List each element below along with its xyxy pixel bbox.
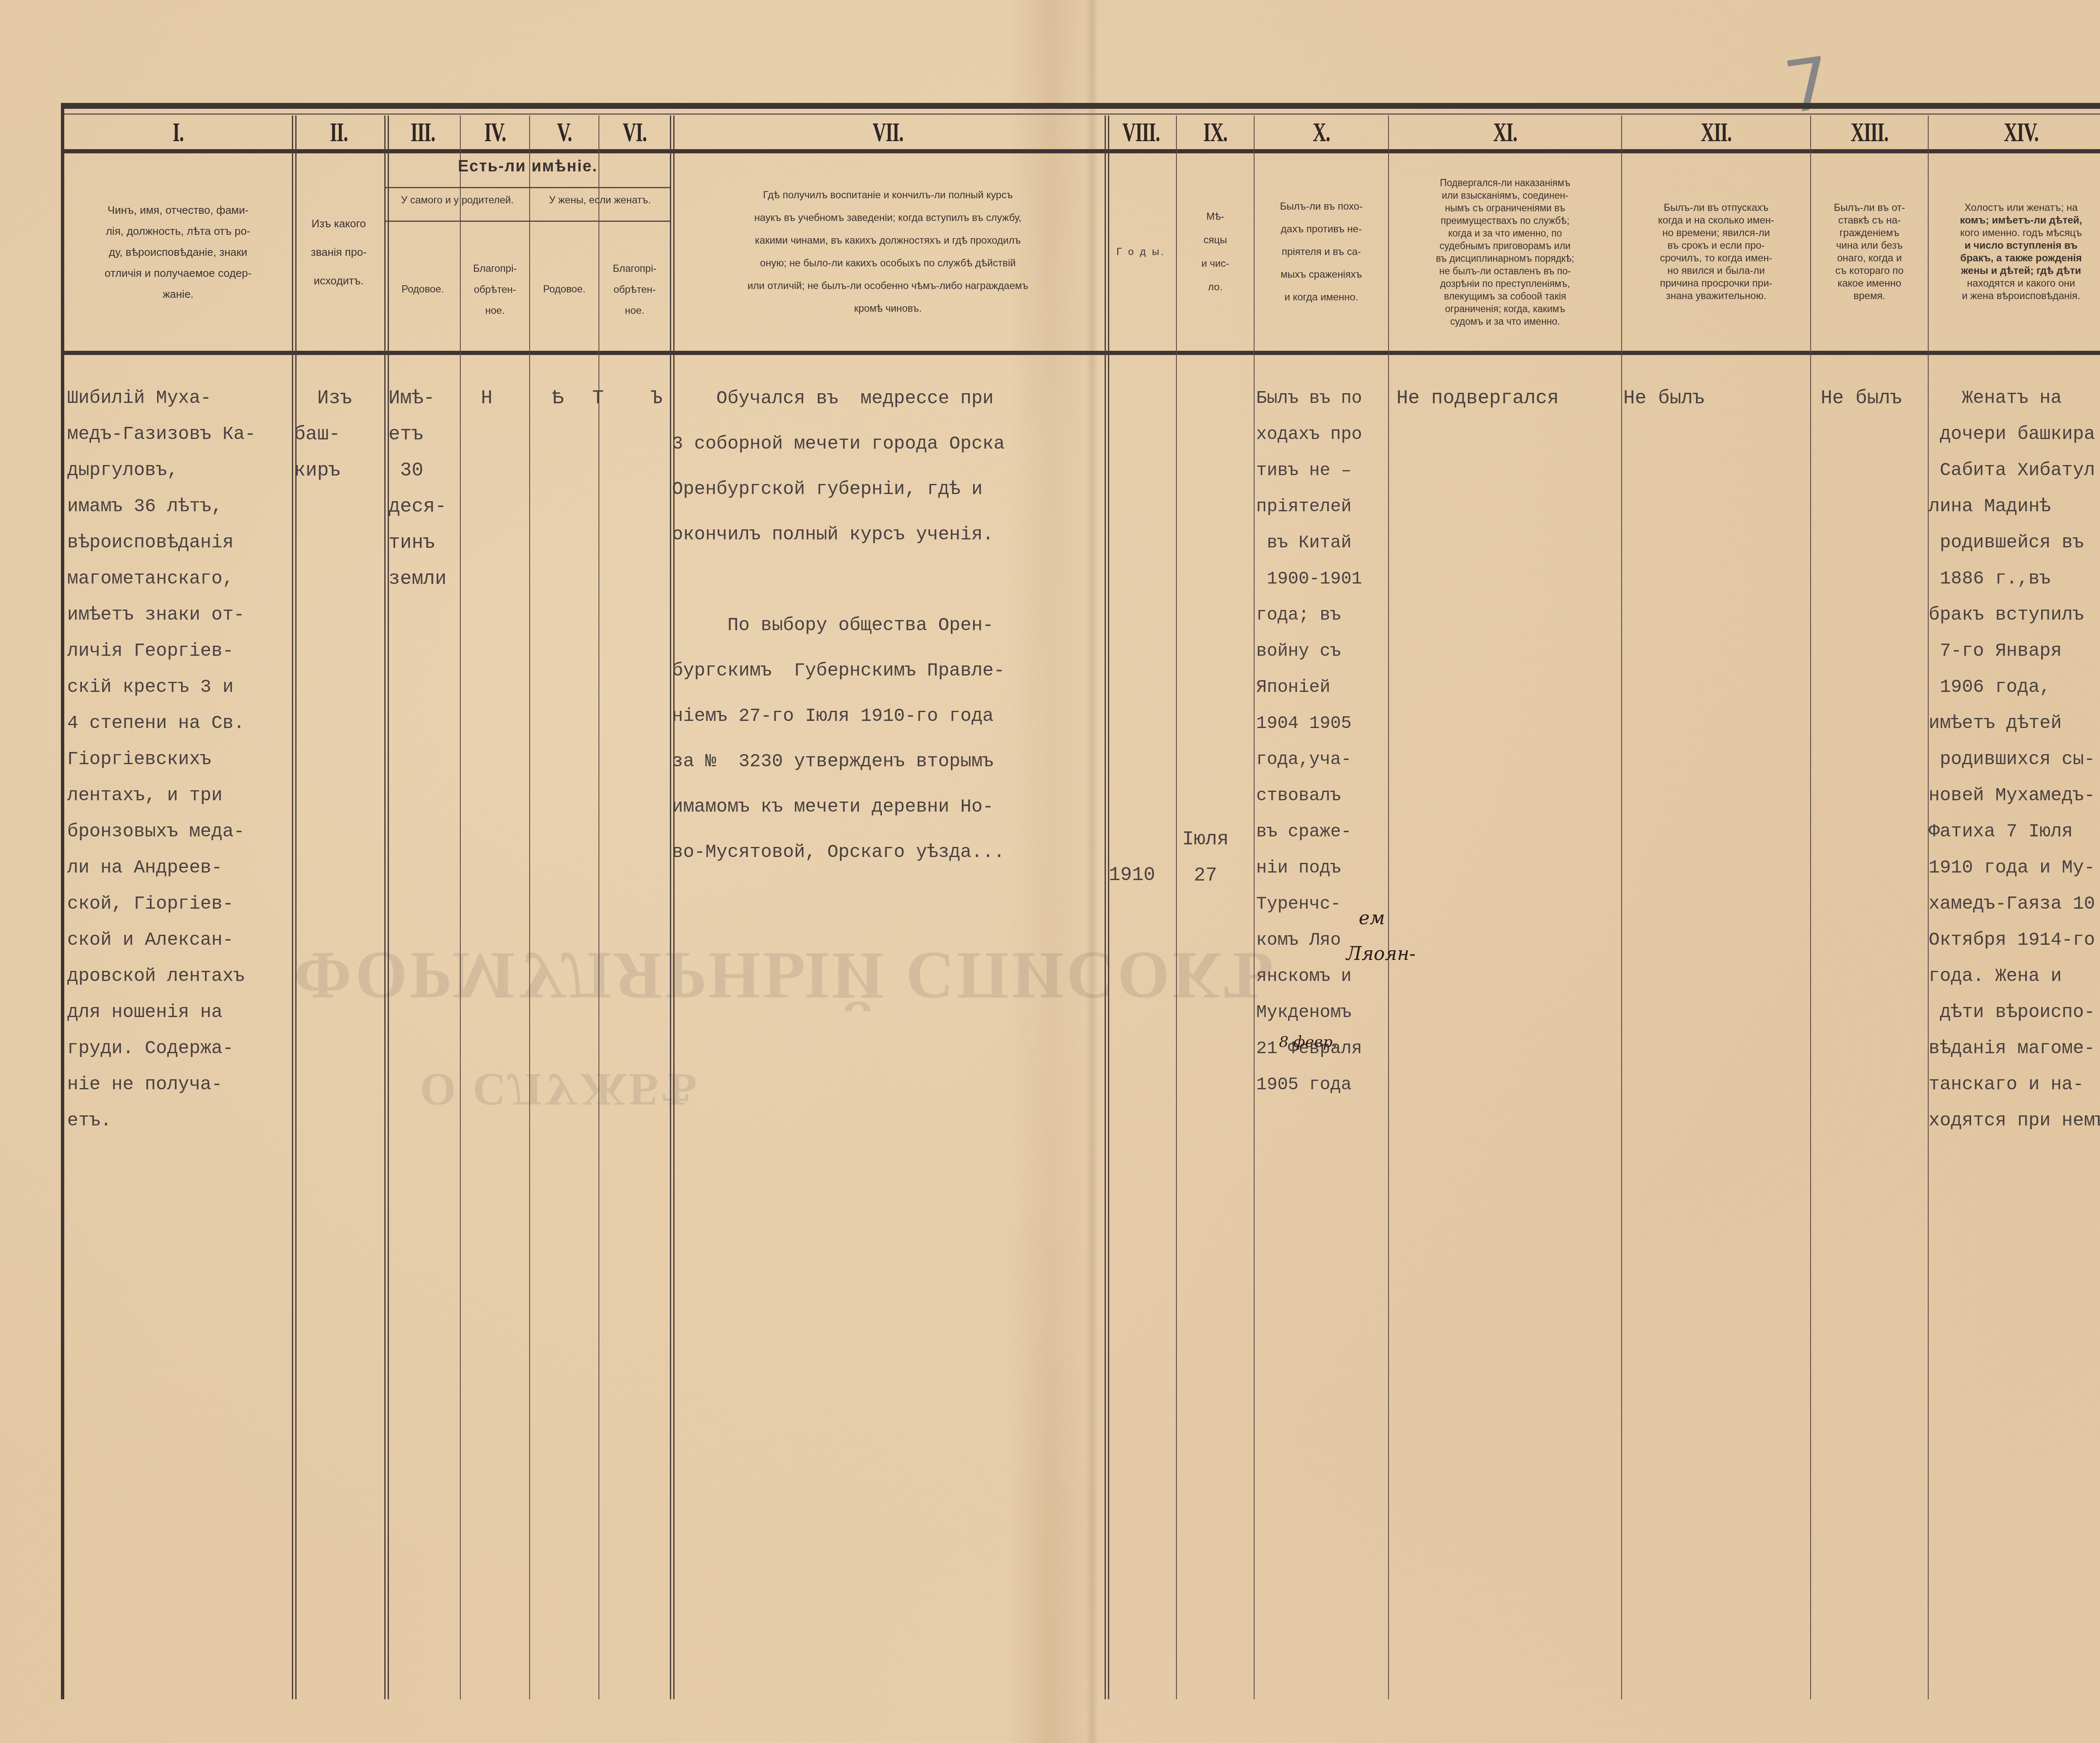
header-line: какое именно	[1834, 277, 1905, 290]
header-line: время.	[1834, 290, 1905, 302]
header-line: ставкѣ съ на-	[1834, 214, 1905, 227]
header-line: находятся и какого они	[1960, 277, 2082, 290]
header-line: какими чинами, въ какихъ должностяхъ и г…	[748, 229, 1029, 252]
entry-month-day: Іюля 27	[1182, 821, 1254, 894]
header-line: ограниченія; когда, какимъ	[1436, 302, 1574, 315]
entry-year: 1910	[1109, 857, 1176, 893]
col-divider	[1388, 116, 1389, 1699]
col-divider	[1254, 116, 1255, 1699]
entry-origin: Изъ баш- киръ	[294, 380, 384, 489]
header-col-14: Холостъ или женатъ; на комъ; имѣетъ-ли д…	[1929, 155, 2100, 349]
entry-education-service: Обучался въ медрессе при 3 соборной мече…	[672, 376, 1105, 875]
header-line: когда и за что именно, по	[1436, 227, 1574, 239]
entry-leaves: Не былъ	[1623, 380, 1808, 416]
handwritten-correction-1: ем	[1359, 907, 1385, 929]
header-line: Мѣ-	[1202, 205, 1229, 229]
header-line: но времени; явился-ли	[1658, 227, 1774, 239]
table-left-border	[61, 103, 64, 1699]
col-divider	[460, 116, 461, 1699]
col-number-4: IV.	[471, 116, 519, 149]
col-number-12: XII.	[1650, 116, 1782, 149]
header-line: сяцы	[1202, 229, 1229, 252]
header-rule	[61, 351, 2100, 355]
header-line: оную; не было-ли какихъ особыхъ по служб…	[748, 252, 1029, 275]
header-line: Благопрі-	[599, 258, 670, 279]
header-line: когда и на сколько имен-	[1658, 214, 1774, 227]
col-number-11: XI.	[1424, 116, 1586, 149]
property-wife-label: У жены, если женатъ.	[530, 193, 670, 208]
header-line: лія, должность, лѣта отъ ро-	[105, 221, 252, 242]
header-line: жены и дѣтей; гдѣ дѣти	[1960, 265, 2082, 277]
entry-property-wife: Ѣ	[552, 380, 594, 416]
col-divider	[292, 116, 293, 1699]
header-line: жаніе.	[105, 284, 252, 305]
col-divider	[598, 116, 599, 1699]
header-line: дахъ противъ не-	[1280, 218, 1363, 241]
header-line: отличія и получаемое содер-	[105, 263, 252, 284]
header-col-6: Благопрі- обрѣтен- ное.	[599, 258, 670, 321]
header-line: Былъ-ли въ отпускахъ	[1658, 202, 1774, 214]
header-line: ло.	[1202, 276, 1229, 299]
header-col-11: Подвергался-ли наказаніямъ или взысканія…	[1389, 155, 1621, 349]
header-line: Подвергался-ли наказаніямъ	[1436, 176, 1574, 189]
entry-property-wife-acquired-t: Т	[592, 380, 634, 416]
header-line: нымъ съ ограниченіями въ	[1436, 202, 1574, 214]
header-line: Благопрі-	[461, 258, 529, 279]
header-line: Изъ какого	[311, 216, 367, 231]
header-col-3: Родовое.	[386, 284, 460, 295]
service-record-table: I. II. III. IV. V. VI. VII. VIII. IX. X.…	[61, 103, 2100, 1699]
col-number-8: VIII.	[1116, 116, 1165, 149]
header-col-8: Г о д ы.	[1106, 155, 1176, 349]
col-divider	[384, 116, 386, 1699]
property-own-label: У самого и у родителей.	[386, 193, 529, 208]
col-number-13: XIII.	[1829, 116, 1911, 149]
header-col-2: Изъ какого званія про- исходитъ.	[293, 155, 384, 349]
header-line: въ срокъ и если про-	[1658, 239, 1774, 252]
property-group-title: Есть-ли имѣніе.	[386, 158, 670, 176]
handwritten-correction-2: Ляоян-	[1346, 943, 1415, 965]
col-number-5: V.	[540, 116, 588, 149]
col-number-1: I.	[98, 116, 257, 149]
header-line: онаго, когда и	[1834, 252, 1905, 265]
col-divider	[1105, 116, 1106, 1699]
col-number-3: III.	[397, 116, 449, 149]
header-line: влекущимъ за собоой такія	[1436, 290, 1574, 302]
header-line: чина или безъ	[1834, 239, 1905, 252]
col-divider	[1810, 116, 1811, 1699]
header-col-5: Родовое.	[530, 284, 598, 295]
entry-name-rank: Шибилій Муха- медъ-Газизовъ Ка- дыргулов…	[67, 380, 292, 1139]
header-line: ду, вѣроисповѣданіе, знаки	[105, 242, 252, 263]
header-line: званія про-	[311, 245, 367, 259]
header-col-10: Былъ-ли въ похо- дахъ противъ не- пріяте…	[1255, 155, 1388, 349]
header-line: Былъ-ли въ от-	[1834, 202, 1905, 214]
entry-punishments: Не подвергался	[1396, 380, 1621, 416]
header-line: наукъ въ учебномъ заведеніи; когда вступ…	[748, 207, 1029, 229]
header-line: но явился и была-ли	[1658, 265, 1774, 277]
header-line: преимуществахъ по службѣ;	[1436, 214, 1574, 227]
header-line: кого именно. годъ мѣсяцъ	[1960, 227, 2082, 239]
header-line: Гдѣ получилъ воспитаніе и кончилъ-ли пол…	[748, 184, 1029, 207]
header-line: кромѣ чиновъ.	[748, 297, 1029, 320]
header-col-9: Мѣ- сяцы и чис- ло.	[1177, 155, 1254, 349]
handwritten-correction-3: 8 февр.	[1279, 1033, 1337, 1051]
col-number-9: IX.	[1188, 116, 1242, 149]
header-line: или взысканіямъ, соединен-	[1436, 189, 1574, 202]
col-number-7: VII.	[736, 116, 1039, 149]
header-col-1: Чинъ, имя, отчество, фами- лія, должност…	[64, 155, 292, 349]
table-top-rule	[61, 103, 2100, 109]
col-number-14: XIV.	[1956, 116, 2086, 149]
header-line: мыхъ сраженіяхъ	[1280, 263, 1363, 286]
header-line: судебнымъ приговорамъ или	[1436, 239, 1574, 252]
header-line: исходитъ.	[311, 273, 367, 288]
col-number-2: II.	[307, 116, 371, 149]
entry-campaigns: Былъ въ по ходахъ про тивъ не – пріятеле…	[1256, 380, 1388, 1103]
col-number-6: VI.	[610, 116, 659, 149]
header-col-7: Гдѣ получилъ воспитаніе и кончилъ-ли пол…	[671, 155, 1105, 349]
header-line: судомъ и за что именно.	[1436, 315, 1574, 328]
entry-retirement: Не былъ	[1821, 380, 1926, 416]
subgroup-rule	[386, 221, 670, 222]
header-line: ное.	[599, 300, 670, 321]
header-col-4: Благопрі- обрѣтен- ное.	[461, 258, 529, 321]
header-line: и жена вѣроисповѣданія.	[1960, 290, 2082, 302]
numbers-rule	[61, 149, 2100, 153]
header-line: въ дисциплинарномъ порядкѣ;	[1436, 252, 1574, 265]
header-line: съ котораго по	[1834, 265, 1905, 277]
entry-property-own-acquired: Н	[481, 380, 523, 416]
header-line: причина просрочки при-	[1658, 277, 1774, 290]
header-col-12: Былъ-ли въ отпускахъ когда и на сколько …	[1622, 155, 1810, 349]
header-line: ное.	[461, 300, 529, 321]
header-line: дозрѣніи по преступленіямъ,	[1436, 277, 1574, 290]
header-line: обрѣтен-	[599, 279, 670, 300]
header-line: не былъ-ли оставленъ въ по-	[1436, 265, 1574, 277]
col-divider	[529, 116, 530, 1699]
header-line: срочилъ, то когда имен-	[1658, 252, 1774, 265]
header-line: комъ; имѣетъ-ли дѣтей,	[1960, 214, 2082, 227]
header-line: и когда именно.	[1280, 286, 1363, 309]
header-line: пріятеля и въ са-	[1280, 241, 1363, 263]
header-line: Чинъ, имя, отчество, фами-	[105, 200, 252, 221]
col-divider	[1621, 116, 1622, 1699]
header-line: и число вступленія въ	[1960, 239, 2082, 252]
entry-family: Женатъ на дочери башкира Сабита Хибатул …	[1929, 380, 2100, 1139]
header-line: гражденіемъ	[1834, 227, 1905, 239]
header-col-13: Былъ-ли въ от- ставкѣ съ на- гражденіемъ…	[1811, 155, 1928, 349]
header-line: Холостъ или женатъ; на	[1960, 202, 2082, 214]
group-rule	[386, 187, 670, 188]
col-number-10: X.	[1275, 116, 1368, 149]
col-divider	[670, 116, 671, 1699]
table-top-rule-thin	[61, 113, 2100, 115]
entry-property-own: Имѣ- етъ 30 деся- тинъ земли	[388, 380, 460, 597]
col-divider	[1176, 116, 1177, 1699]
header-line: бракъ, а также рожденія	[1960, 252, 2082, 265]
header-line: или отличій; не былъ-ли особенно чѣмъ-ли…	[748, 275, 1029, 297]
header-line: знана уважительною.	[1658, 290, 1774, 302]
header-line: Былъ-ли въ похо-	[1280, 195, 1363, 218]
header-line: и чис-	[1202, 252, 1229, 276]
header-line: обрѣтен-	[461, 279, 529, 300]
